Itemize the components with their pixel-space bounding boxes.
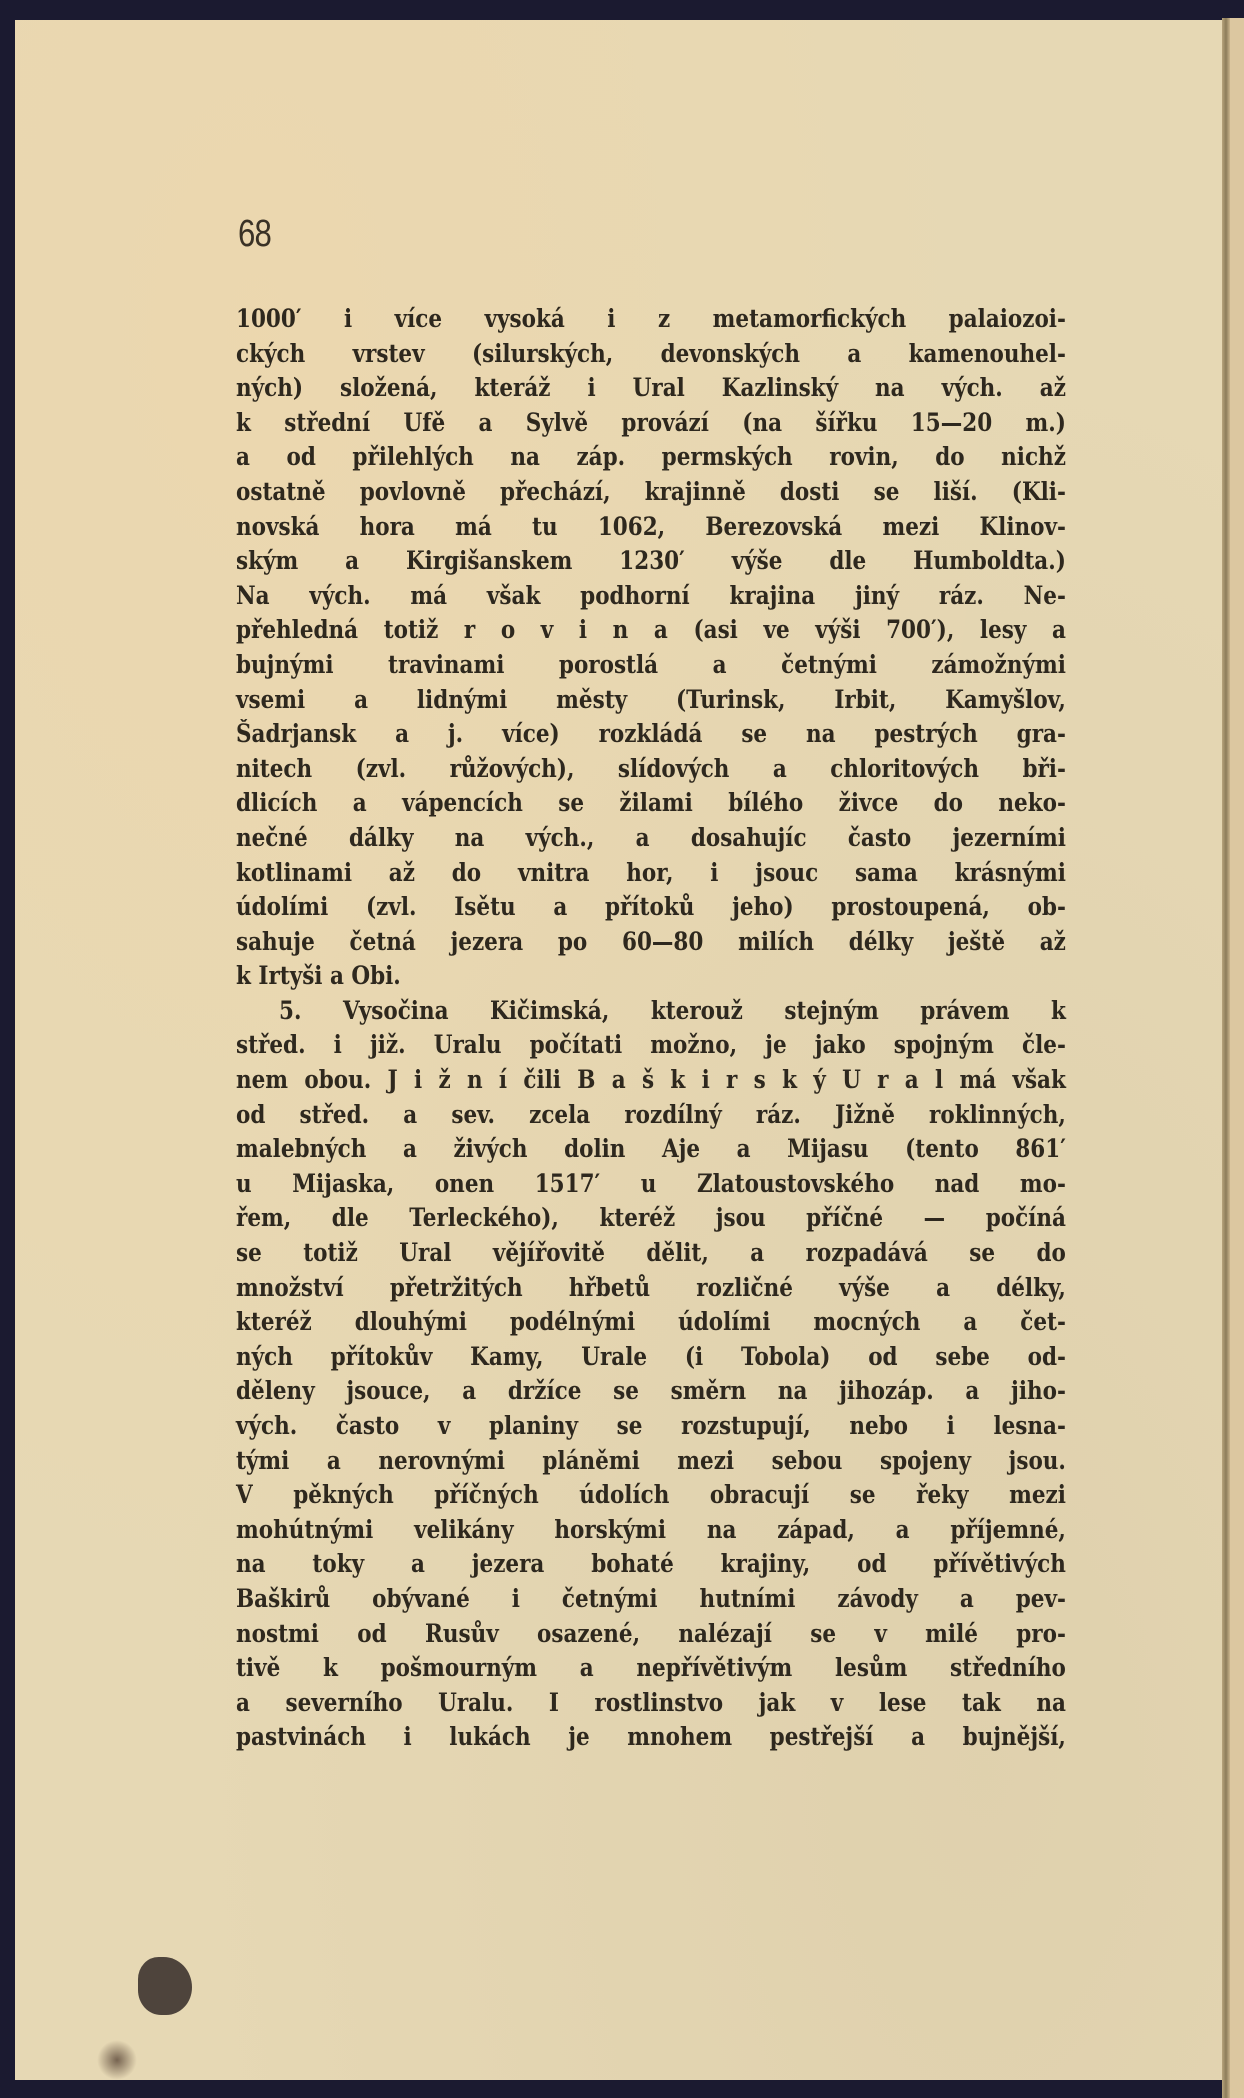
text-line: údolími (zvl. Isětu a přítoků jeho) pros… [236,890,1066,925]
text-line: tivě k pošmourným a nepřívětivým lesům s… [236,1651,1066,1686]
text-line: ostatně povlovně přechází, krajinně dost… [236,475,1066,510]
text-line-paragraph-end: k Irtyši a Obi. [236,959,1066,994]
text-line: dlicích a vápencích se žilami bílého živ… [236,786,1066,821]
text-line: střed. i již. Uralu počítati možno, je j… [236,1028,1066,1063]
text-line: k střední Ufě a Sylvě provází (na šířku … [236,406,1066,441]
text-line-paragraph-start: 5. Vysočina Kičimská, kterouž stejným pr… [236,994,1066,1029]
text-line: ných) složená, kteráž i Ural Kazlinský n… [236,371,1066,406]
body-text: 1000′ i více vysoká i z metamorfických p… [236,302,1066,1755]
text-line: se totiž Ural vějířovitě dělit, a rozpad… [236,1236,1066,1271]
text-line: nečné dálky na vých., a dosahujíc často … [236,821,1066,856]
text-line: nitech (zvl. růžových), slídových a chlo… [236,752,1066,787]
text-line: novská hora má tu 1062, Berezovská mezi … [236,510,1066,545]
text-line: od střed. a sev. zcela rozdílný ráz. Již… [236,1098,1066,1133]
text-line: a severního Uralu. I rostlinstvo jak v l… [236,1686,1066,1721]
text-line: sahuje četná jezera po 60—80 milích délk… [236,925,1066,960]
text-line: mohútnými velikány horskými na západ, a … [236,1513,1066,1548]
text-line: Na vých. má však podhorní krajina jiný r… [236,579,1066,614]
text-line: přehledná totiž r o v i n a (asi ve výši… [236,613,1066,648]
ink-smudge-mark [97,2040,137,2080]
text-line: kteréž dlouhými podélnými údolími mocnýc… [236,1305,1066,1340]
text-line: ským a Kirgišanskem 1230′ výše dle Humbo… [236,544,1066,579]
text-line: kotlinami až do vnitra hor, i jsouc sama… [236,856,1066,891]
text-line: a od přilehlých na záp. permských rovin,… [236,440,1066,475]
ink-blot-mark [138,1957,192,2015]
text-line: Baškirů obývané i četnými hutními závody… [236,1582,1066,1617]
text-line: pastvinách i lukách je mnohem pestřejší … [236,1720,1066,1755]
text-line: malebných a živých dolin Aje a Mijasu (t… [236,1132,1066,1167]
text-line: bujnými travinami porostlá a četnými zám… [236,648,1066,683]
text-line: nostmi od Rusův osazené, nalézají se v m… [236,1617,1066,1652]
next-page-edge [1230,18,1244,2098]
text-line: vých. často v planiny se rozstupují, neb… [236,1409,1066,1444]
text-line: nem obou. J i ž n í čili B a š k i r s k… [236,1063,1066,1098]
text-line: 1000′ i více vysoká i z metamorfických p… [236,302,1066,337]
text-line: u Mijaska, onen 1517′ u Zlatoustovského … [236,1167,1066,1202]
text-line: ckých vrstev (silurských, devonských a k… [236,337,1066,372]
text-line: V pěkných příčných údolích obracují se ř… [236,1478,1066,1513]
text-line: Šadrjansk a j. více) rozkládá se na pest… [236,717,1066,752]
text-line: množství přetržitých hřbetů rozličné výš… [236,1271,1066,1306]
page-number: 68 [238,213,271,256]
text-line: vsemi a lidnými městy (Turinsk, Irbit, K… [236,683,1066,718]
text-line: děleny jsouce, a držíce se směrn na jiho… [236,1374,1066,1409]
text-line: řem, dle Terleckého), kteréž jsou příčné… [236,1201,1066,1236]
text-line: tými a nerovnými pláněmi mezi sebou spoj… [236,1444,1066,1479]
text-line: na toky a jezera bohaté krajiny, od přív… [236,1547,1066,1582]
text-line: ných přítokův Kamy, Urale (i Tobola) od … [236,1340,1066,1375]
page-gutter-shadow [1222,18,1230,2098]
